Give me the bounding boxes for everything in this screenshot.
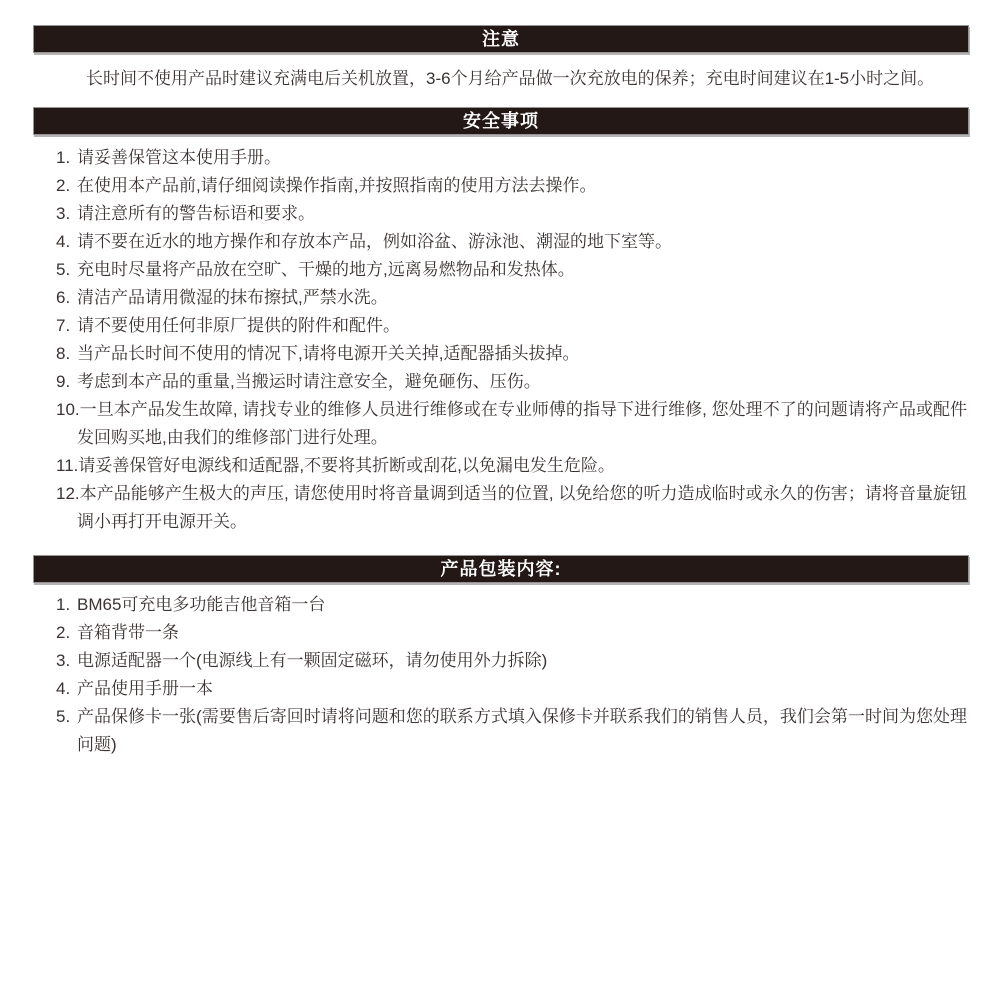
safety-list-item: 10.一旦本产品发生故障, 请找专业的维修人员进行维修或在专业师傅的指导下进行维… (0, 396, 967, 452)
item-text: 音箱背带一条 (77, 623, 179, 642)
safety-list-item: 6.清洁产品请用微湿的抹布擦拭,严禁水洗。 (0, 284, 967, 312)
package-header-bar: 产品包装内容: (33, 555, 969, 583)
package-list-item: 5.产品保修卡一张(需要售后寄回时请将问题和您的联系方式填入保修卡并联系我们的销… (0, 703, 967, 759)
item-text: 清洁产品请用微湿的抹布擦拭,严禁水洗。 (77, 288, 388, 307)
item-text: BM65可充电多功能吉他音箱一台 (77, 595, 325, 614)
item-number: 4. (56, 675, 77, 703)
safety-list: 1.请妥善保管这本使用手册。 2.在使用本产品前,请仔细阅读操作指南,并按照指南… (0, 144, 967, 536)
safety-list-item: 3.请注意所有的警告标语和要求。 (0, 200, 967, 228)
package-list-item: 1.BM65可充电多功能吉他音箱一台 (0, 591, 967, 619)
item-number: 11. (56, 452, 78, 480)
safety-list-item: 1.请妥善保管这本使用手册。 (0, 144, 967, 172)
item-number: 8. (56, 340, 77, 368)
safety-list-item: 7.请不要使用任何非原厂提供的附件和配件。 (0, 312, 967, 340)
item-number: 1. (56, 144, 77, 172)
item-number: 2. (56, 172, 77, 200)
item-number: 1. (56, 591, 77, 619)
item-text: 请妥善保管好电源线和适配器,不要将其折断或刮花,以免漏电发生危险。 (78, 456, 614, 475)
safety-list-item: 12.本产品能够产生极大的声压, 请您使用时将音量调到适当的位置, 以免给您的听… (0, 480, 967, 536)
package-list-item: 2.音箱背带一条 (0, 619, 967, 647)
package-list: 1.BM65可充电多功能吉他音箱一台 2.音箱背带一条 3.电源适配器一个(电源… (0, 591, 967, 759)
item-text: 电源适配器一个(电源线上有一颗固定磁环，请勿使用外力拆除) (77, 651, 547, 670)
notice-header-bar: 注意 (33, 25, 969, 53)
notice-header-title: 注意 (482, 29, 520, 49)
item-text: 请不要使用任何非原厂提供的附件和配件。 (77, 316, 400, 335)
item-text: 请不要在近水的地方操作和存放本产品，例如浴盆、游泳池、潮湿的地下室等。 (77, 232, 672, 251)
item-number: 5. (56, 703, 77, 731)
item-number: 10. (56, 396, 80, 424)
item-number: 9. (56, 368, 77, 396)
package-header-title: 产品包装内容: (441, 559, 562, 579)
safety-list-item: 2.在使用本产品前,请仔细阅读操作指南,并按照指南的使用方法去操作。 (0, 172, 967, 200)
item-number: 5. (56, 256, 77, 284)
item-text: 考虑到本产品的重量,当搬运时请注意安全，避免砸伤、压伤。 (77, 372, 541, 391)
safety-list-item: 8.当产品长时间不使用的情况下,请将电源开关关掉,适配器插头拔掉。 (0, 340, 967, 368)
item-text: 当产品长时间不使用的情况下,请将电源开关关掉,适配器插头拔掉。 (77, 344, 579, 363)
item-text: 充电时尽量将产品放在空旷、干燥的地方,远离易燃物品和发热体。 (77, 260, 575, 279)
item-number: 3. (56, 200, 77, 228)
safety-list-item: 11.请妥善保管好电源线和适配器,不要将其折断或刮花,以免漏电发生危险。 (0, 452, 967, 480)
safety-list-item: 9.考虑到本产品的重量,当搬运时请注意安全，避免砸伤、压伤。 (0, 368, 967, 396)
item-number: 2. (56, 619, 77, 647)
item-text: 在使用本产品前,请仔细阅读操作指南,并按照指南的使用方法去操作。 (77, 176, 596, 195)
item-number: 6. (56, 284, 77, 312)
item-number: 7. (56, 312, 77, 340)
notice-paragraph: 长时间不使用产品时建议充满电后关机放置，3-6个月给产品做一次充放电的保养；充电… (86, 65, 966, 93)
safety-header-bar: 安全事项 (33, 107, 969, 135)
item-number: 12. (56, 480, 80, 508)
safety-list-item: 5.充电时尽量将产品放在空旷、干燥的地方,远离易燃物品和发热体。 (0, 256, 967, 284)
item-number: 3. (56, 647, 77, 675)
item-text: 产品保修卡一张(需要售后寄回时请将问题和您的联系方式填入保修卡并联系我们的销售人… (77, 707, 967, 754)
item-text: 本产品能够产生极大的声压, 请您使用时将音量调到适当的位置, 以免给您的听力造成… (77, 484, 967, 531)
safety-header-title: 安全事项 (463, 111, 539, 131)
item-number: 4. (56, 228, 77, 256)
item-text: 一旦本产品发生故障, 请找专业的维修人员进行维修或在专业师傅的指导下进行维修, … (77, 400, 967, 447)
package-list-item: 3.电源适配器一个(电源线上有一颗固定磁环，请勿使用外力拆除) (0, 647, 967, 675)
safety-list-item: 4.请不要在近水的地方操作和存放本产品，例如浴盆、游泳池、潮湿的地下室等。 (0, 228, 967, 256)
item-text: 产品使用手册一本 (77, 679, 213, 698)
package-list-item: 4.产品使用手册一本 (0, 675, 967, 703)
item-text: 请妥善保管这本使用手册。 (77, 148, 281, 167)
manual-page: 注意 长时间不使用产品时建议充满电后关机放置，3-6个月给产品做一次充放电的保养… (0, 0, 1000, 1002)
item-text: 请注意所有的警告标语和要求。 (77, 204, 315, 223)
